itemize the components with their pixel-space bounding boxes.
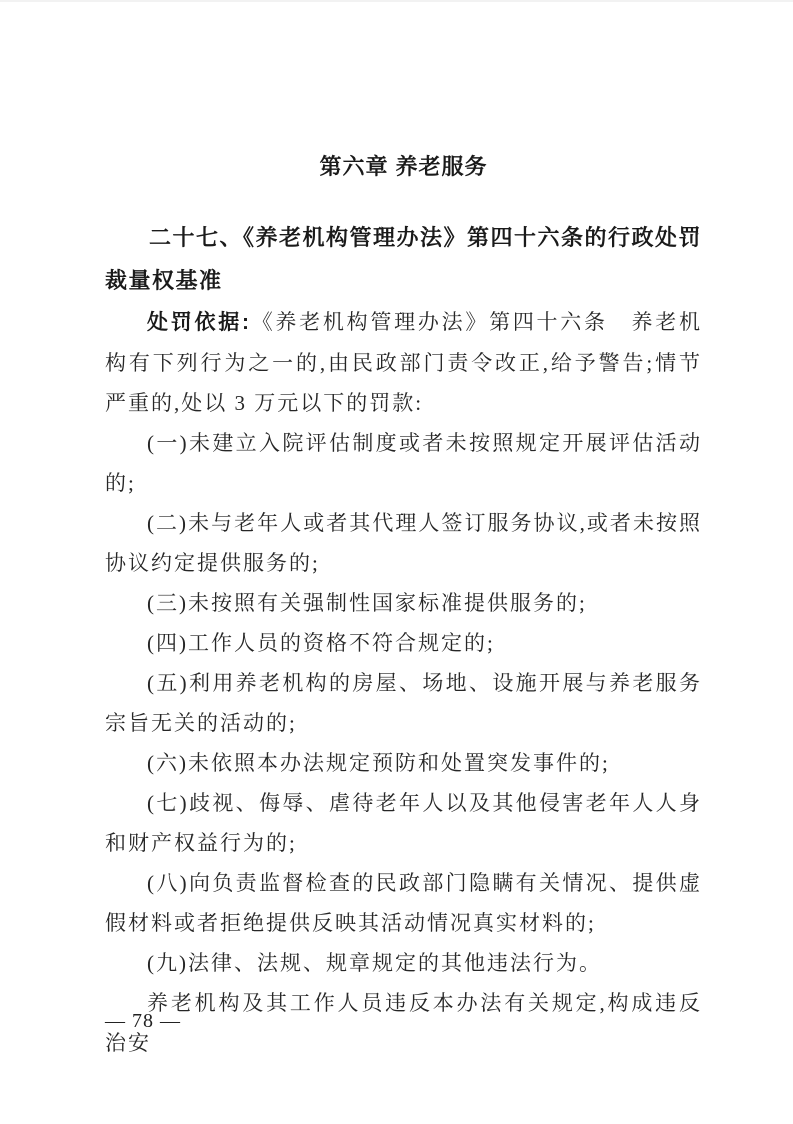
basis-label: 处罚依据:: [147, 311, 251, 334]
list-item: (九)法律、法规、规章规定的其他违法行为。: [105, 943, 702, 983]
page-number: — 78 —: [105, 1006, 181, 1036]
list-item: (二)未与老年人或者其代理人签订服务协议,或者未按照协议约定提供服务的;: [105, 503, 702, 583]
document-page: 第六章 养老服务 二十七、《养老机构管理办法》第四十六条的行政处罚裁量权基准 处…: [0, 0, 793, 1124]
section-heading: 二十七、《养老机构管理办法》第四十六条的行政处罚裁量权基准: [105, 216, 702, 302]
page-content: 第六章 养老服务 二十七、《养老机构管理办法》第四十六条的行政处罚裁量权基准 处…: [105, 152, 702, 1063]
list-item: (四)工作人员的资格不符合规定的;: [105, 623, 702, 663]
list-item: (五)利用养老机构的房屋、场地、设施开展与养老服务宗旨无关的活动的;: [105, 663, 702, 743]
body-text: 处罚依据:《养老机构管理办法》第四十六条 养老机构有下列行为之一的,由民政部门责…: [105, 302, 702, 1063]
list-item: (七)歧视、侮辱、虐待老年人以及其他侵害老年人人身和财产权益行为的;: [105, 783, 702, 863]
list-item: (一)未建立入院评估制度或者未按照规定开展评估活动的;: [105, 423, 702, 503]
list-item: (六)未依照本办法规定预防和处置突发事件的;: [105, 743, 702, 783]
closing-paragraph: 养老机构及其工作人员违反本办法有关规定,构成违反治安: [105, 983, 702, 1063]
chapter-title: 第六章 养老服务: [105, 152, 702, 182]
list-item: (三)未按照有关强制性国家标准提供服务的;: [105, 583, 702, 623]
list-item: (八)向负责监督检查的民政部门隐瞒有关情况、提供虚假材料或者拒绝提供反映其活动情…: [105, 863, 702, 943]
basis-paragraph: 处罚依据:《养老机构管理办法》第四十六条 养老机构有下列行为之一的,由民政部门责…: [105, 302, 702, 423]
